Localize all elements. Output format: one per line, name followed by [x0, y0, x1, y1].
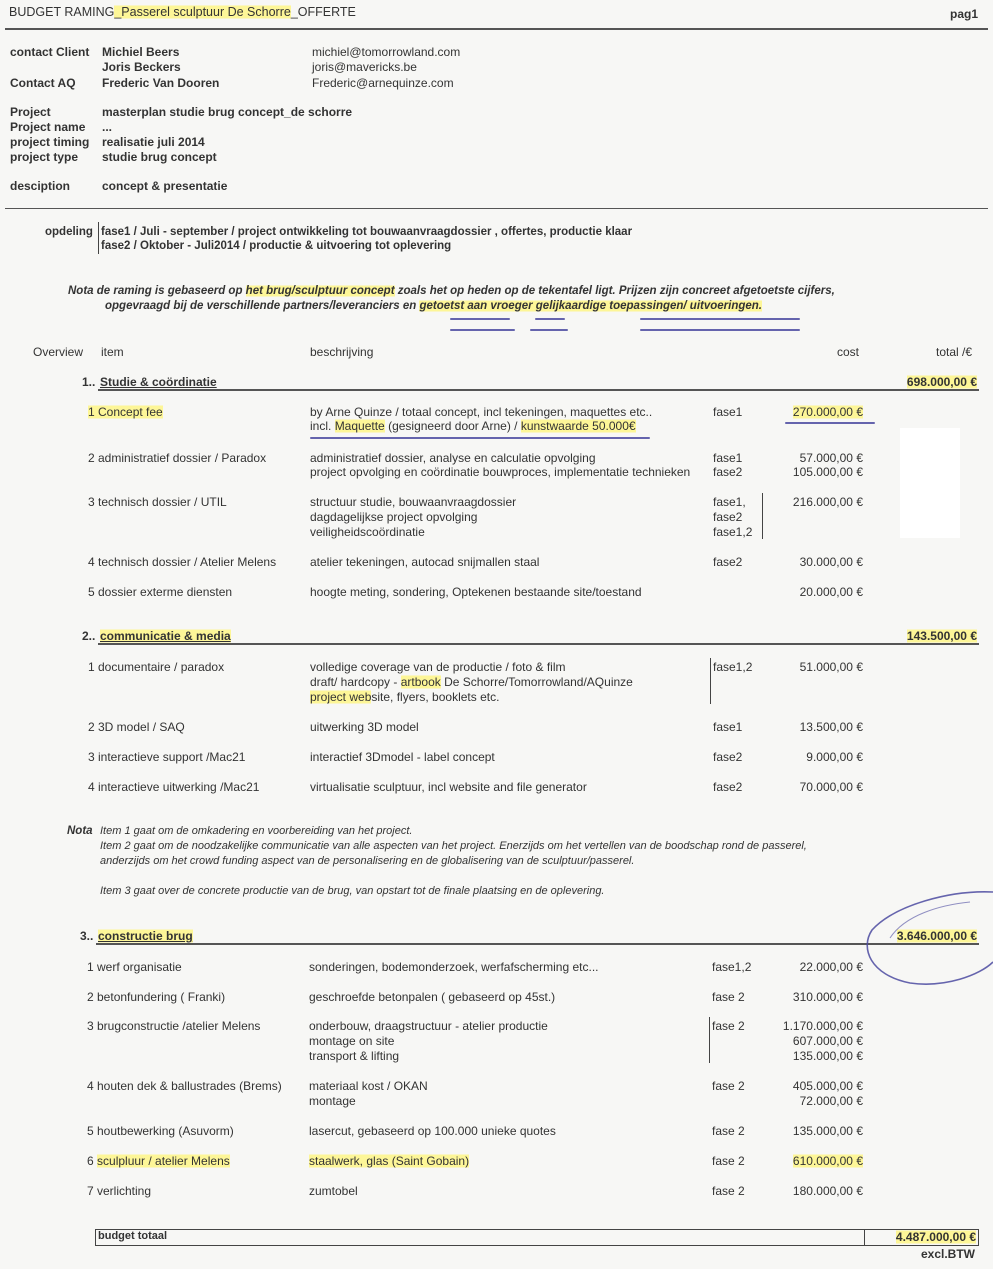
- vat-note: excl.BTW: [921, 1247, 975, 1261]
- item-desc: montage on site: [309, 1034, 394, 1048]
- section-title: Studie & coördinatie: [100, 375, 217, 389]
- opdeling-line: fase2 / Oktober - Juli2014 / productie &…: [101, 240, 451, 252]
- item-desc: transport & lifting: [309, 1049, 399, 1063]
- section-number: 3..: [80, 929, 93, 943]
- item-fase: fase 2: [712, 1184, 745, 1198]
- item-cost: 180.000,00 €: [793, 1184, 863, 1198]
- item-desc: project website, flyers, booklets etc.: [310, 690, 499, 704]
- item-fase: fase2: [713, 510, 742, 524]
- item-label: 3 technisch dossier / UTIL: [88, 495, 227, 509]
- item-desc: virtualisatie sculptuur, incl website an…: [310, 780, 587, 794]
- item-fase: fase 2: [712, 1079, 745, 1093]
- item-cost: 13.500,00 €: [800, 720, 863, 734]
- section-number: 1..: [82, 375, 95, 389]
- item-cost: 216.000,00 €: [793, 495, 863, 509]
- item-label: 6 sculpluur / atelier Melens: [87, 1154, 230, 1168]
- item-cost: 57.000,00 €: [800, 451, 863, 465]
- project-timing-label: project timing: [10, 135, 89, 149]
- item-cost: 405.000,00 €: [793, 1079, 863, 1093]
- item-desc: atelier tekeningen, autocad snijmallen s…: [310, 555, 539, 569]
- item-cost: 20.000,00 €: [800, 585, 863, 599]
- section-total: 143.500,00 €: [907, 629, 977, 643]
- correction-patch: [900, 428, 960, 538]
- column-cost: cost: [837, 345, 859, 359]
- item-cost: 9.000,00 €: [806, 750, 863, 764]
- item-label: 1 Concept fee: [88, 405, 163, 419]
- item-fase: fase 2: [712, 1124, 745, 1138]
- opdeling-bar: [98, 222, 99, 254]
- item-cost: 310.000,00 €: [793, 990, 863, 1004]
- item-desc: uitwerking 3D model: [310, 720, 419, 734]
- project-type-value: studie brug concept: [102, 150, 217, 164]
- item-desc: interactief 3Dmodel - label concept: [310, 750, 495, 764]
- section-title: communicatie & media: [100, 629, 231, 643]
- item-label: 5 houtbewerking (Asuvorm): [87, 1124, 234, 1138]
- item-desc: structuur studie, bouwaanvraagdossier: [310, 495, 516, 509]
- budget-total-value: 4.487.000,00 €: [896, 1230, 976, 1244]
- item-fase: fase2: [713, 465, 742, 479]
- item-cost: 1.170.000,00 €: [783, 1019, 863, 1033]
- item-fase: fase2: [713, 750, 742, 764]
- item-label: 4 technisch dossier / Atelier Melens: [88, 555, 276, 569]
- aq-name: Frederic Van Dooren: [102, 76, 219, 90]
- item-desc: staalwerk, glas (Saint Gobain): [309, 1154, 469, 1168]
- item-desc: sonderingen, bodemonderzoek, werfafscher…: [309, 960, 599, 974]
- item-label: 2 administratief dossier / Paradox: [88, 451, 266, 465]
- nota-line: Item 3 gaat over de concrete productie v…: [100, 885, 605, 897]
- description-value: concept & presentatie: [102, 179, 227, 193]
- item-cost: 70.000,00 €: [800, 780, 863, 794]
- nota-line-1: Nota de raming is gebaseerd op het brug/…: [68, 285, 835, 297]
- item-desc: hoogte meting, sondering, Optekenen best…: [310, 585, 642, 599]
- item-desc: draft/ hardcopy - artbook De Schorre/Tom…: [310, 675, 633, 689]
- fase-bracket: [709, 1017, 710, 1063]
- pen-underline: [640, 329, 800, 331]
- item-desc: veiligheidscoördinatie: [310, 525, 425, 539]
- budget-total-box: budget totaal 4.487.000,00 €: [95, 1229, 979, 1246]
- aq-email: Frederic@arnequinze.com: [312, 76, 454, 90]
- item-label: 7 verlichting: [87, 1184, 151, 1198]
- item-desc: dagdagelijkse project opvolging: [310, 510, 477, 524]
- column-overview: Overview: [33, 345, 83, 359]
- pen-underline: [535, 318, 565, 320]
- item-desc: volledige coverage van de productie / fo…: [310, 660, 565, 674]
- project-value: masterplan studie brug concept_de schorr…: [102, 105, 352, 119]
- nota-line: Item 2 gaat om de noodzakelijke communic…: [100, 840, 807, 852]
- description-label: desciption: [10, 179, 70, 193]
- nota-line: Item 1 gaat om de omkadering en voorbere…: [100, 825, 412, 837]
- item-label: 3 brugconstructie /atelier Melens: [87, 1019, 260, 1033]
- aq-label: Contact AQ: [10, 76, 76, 90]
- item-desc: by Arne Quinze / totaal concept, incl te…: [310, 405, 652, 419]
- item-cost: 610.000,00 €: [793, 1154, 863, 1168]
- item-fase: fase1,2: [713, 660, 752, 674]
- item-fase: fase 2: [712, 1019, 745, 1033]
- budget-total-label: budget totaal: [98, 1230, 167, 1242]
- section-number: 2..: [82, 629, 95, 643]
- item-fase: fase1,2: [712, 960, 751, 974]
- project-name-label: Project name: [10, 120, 85, 134]
- item-desc: zumtobel: [309, 1184, 358, 1198]
- item-label: 3 interactieve support /Mac21: [88, 750, 245, 764]
- item-fase: fase1,2: [713, 525, 752, 539]
- item-label: 2 3D model / SAQ: [88, 720, 185, 734]
- project-name-value: ...: [102, 120, 112, 134]
- item-fase: fase 2: [712, 990, 745, 1004]
- item-cost: 270.000,00 €: [793, 405, 863, 419]
- client-name: Joris Beckers: [102, 60, 181, 74]
- section-title: constructie brug: [98, 929, 193, 943]
- pen-circle: [850, 880, 993, 990]
- item-fase: fase2: [713, 780, 742, 794]
- pen-underline: [450, 318, 510, 320]
- client-name: Michiel Beers: [102, 45, 179, 59]
- nota-line-2: opgevraagd bij de verschillende partners…: [105, 300, 762, 312]
- opdeling-label: opdeling: [45, 226, 93, 238]
- item-desc: lasercut, gebaseerd op 100.000 unieke qu…: [309, 1124, 556, 1138]
- item-desc: project opvolging en coördinatie bouwpro…: [310, 465, 690, 479]
- section-total: 698.000,00 €: [907, 375, 977, 389]
- project-timing-value: realisatie juli 2014: [102, 135, 205, 149]
- nota-label: Nota: [67, 825, 93, 837]
- fase-bracket: [762, 493, 763, 539]
- item-label: 2 betonfundering ( Franki): [87, 990, 225, 1004]
- item-label: 1 documentaire / paradox: [88, 660, 224, 674]
- section-rule: [98, 643, 979, 645]
- item-fase: fase1: [713, 720, 742, 734]
- column-beschrijving: beschrijving: [310, 345, 373, 359]
- info-divider: [5, 208, 988, 209]
- client-email: joris@mavericks.be: [312, 60, 417, 74]
- item-label: 4 interactieve uitwerking /Mac21: [88, 780, 259, 794]
- opdeling-line: fase1 / Juli - september / project ontwi…: [101, 226, 632, 238]
- item-fase: fase2: [713, 555, 742, 569]
- item-cost: 30.000,00 €: [800, 555, 863, 569]
- pen-underline: [785, 422, 875, 424]
- item-cost: 51.000,00 €: [800, 660, 863, 674]
- client-label: contact Client: [10, 45, 89, 59]
- item-desc: montage: [309, 1094, 356, 1108]
- page-number: pag1: [950, 7, 978, 21]
- header-divider: [5, 28, 988, 30]
- document-title: BUDGET RAMING_Passerel sculptuur De Scho…: [9, 5, 356, 19]
- project-type-label: project type: [10, 150, 78, 164]
- item-desc: administratief dossier, analyse en calcu…: [310, 451, 596, 465]
- item-desc: materiaal kost / OKAN: [309, 1079, 428, 1093]
- item-label: 1 werf organisatie: [87, 960, 182, 974]
- item-fase: fase1,: [713, 495, 746, 509]
- item-label: 4 houten dek & ballustrades (Brems): [87, 1079, 282, 1093]
- section-rule: [96, 943, 979, 945]
- item-label: 5 dossier exterme diensten: [88, 585, 232, 599]
- item-cost: 135.000,00 €: [793, 1049, 863, 1063]
- pen-underline: [530, 329, 568, 331]
- total-divider: [864, 1230, 865, 1245]
- title-highlight: _Passerel sculptuur De Schorre: [114, 5, 290, 19]
- item-cost: 105.000,00 €: [793, 465, 863, 479]
- section-rule: [98, 389, 979, 391]
- client-email: michiel@tomorrowland.com: [312, 45, 460, 59]
- item-cost: 135.000,00 €: [793, 1124, 863, 1138]
- column-total: total /€: [936, 345, 972, 359]
- fase-bracket: [710, 658, 711, 704]
- item-fase: fase1: [713, 405, 742, 419]
- item-fase: fase1: [713, 451, 742, 465]
- item-cost: 607.000,00 €: [793, 1034, 863, 1048]
- item-desc: geschroefde betonpalen ( gebaseerd op 45…: [309, 990, 555, 1004]
- item-fase: fase 2: [712, 1154, 745, 1168]
- column-item: item: [101, 345, 124, 359]
- item-desc: onderbouw, draagstructuur - atelier prod…: [309, 1019, 548, 1033]
- pen-underline: [640, 318, 800, 320]
- pen-underline: [450, 329, 515, 331]
- nota-line: anderzijds om het crowd funding aspect v…: [100, 855, 634, 867]
- pen-underline: [310, 437, 650, 439]
- item-desc: incl. Maquette (gesigneerd door Arne) / …: [310, 419, 636, 433]
- project-label: Project: [10, 105, 51, 119]
- item-cost: 72.000,00 €: [800, 1094, 863, 1108]
